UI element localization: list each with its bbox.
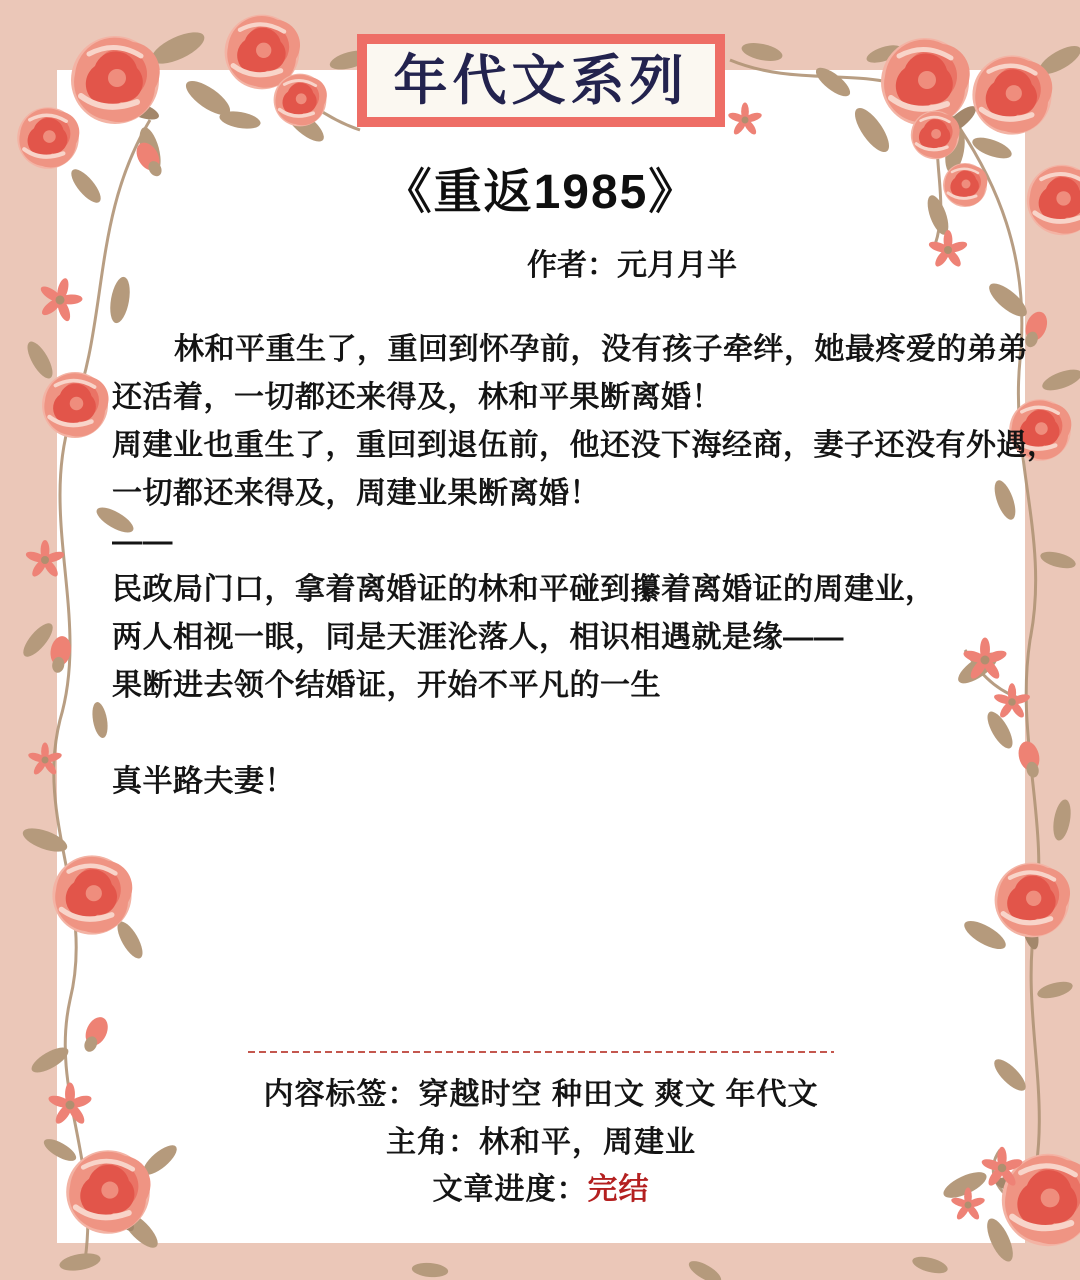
synopsis-line: 真半路夫妻！	[112, 758, 992, 806]
synopsis-line: 一切都还来得及，周建业果断离婚！	[112, 470, 992, 518]
synopsis-line: 两人相视一眼，同是天涯沦落人，相识相遇就是缘——	[112, 614, 992, 662]
progress-label: 文章进度：	[433, 1173, 588, 1206]
series-banner: 年代文系列	[357, 34, 725, 127]
synopsis: 林和平重生了，重回到怀孕前，没有孩子牵绊，她最疼爱的弟弟 还活着，一切都还来得及…	[112, 326, 992, 806]
progress-line: 文章进度：完结	[57, 1172, 1025, 1208]
synopsis-line: 果断进去领个结婚证，开始不平凡的一生	[112, 662, 992, 710]
content-tags-line: 内容标签：穿越时空 种田文 爽文 年代文	[57, 1077, 1025, 1113]
synopsis-line: 林和平重生了，重回到怀孕前，没有孩子牵绊，她最疼爱的弟弟	[112, 326, 992, 374]
series-banner-label: 年代文系列	[394, 54, 689, 108]
synopsis-blank-line	[112, 710, 992, 758]
book-title: 《重返1985》	[57, 162, 1025, 224]
card-content: 《重返1985》 作者：元月月半 林和平重生了，重回到怀孕前，没有孩子牵绊，她最…	[57, 70, 1025, 1243]
main-characters-line: 主角：林和平，周建业	[57, 1125, 1025, 1161]
dashed-divider	[248, 1051, 834, 1053]
author-line: 作者：元月月半	[148, 248, 1080, 284]
synopsis-line: 周建业也重生了，重回到退伍前，他还没下海经商，妻子还没有外遇，	[112, 422, 992, 470]
synopsis-line: 民政局门口，拿着离婚证的林和平碰到攥着离婚证的周建业，	[112, 566, 992, 614]
progress-status: 完结	[588, 1173, 650, 1206]
synopsis-line: 还活着，一切都还来得及，林和平果断离婚！	[112, 374, 992, 422]
synopsis-line: ——	[112, 518, 992, 566]
